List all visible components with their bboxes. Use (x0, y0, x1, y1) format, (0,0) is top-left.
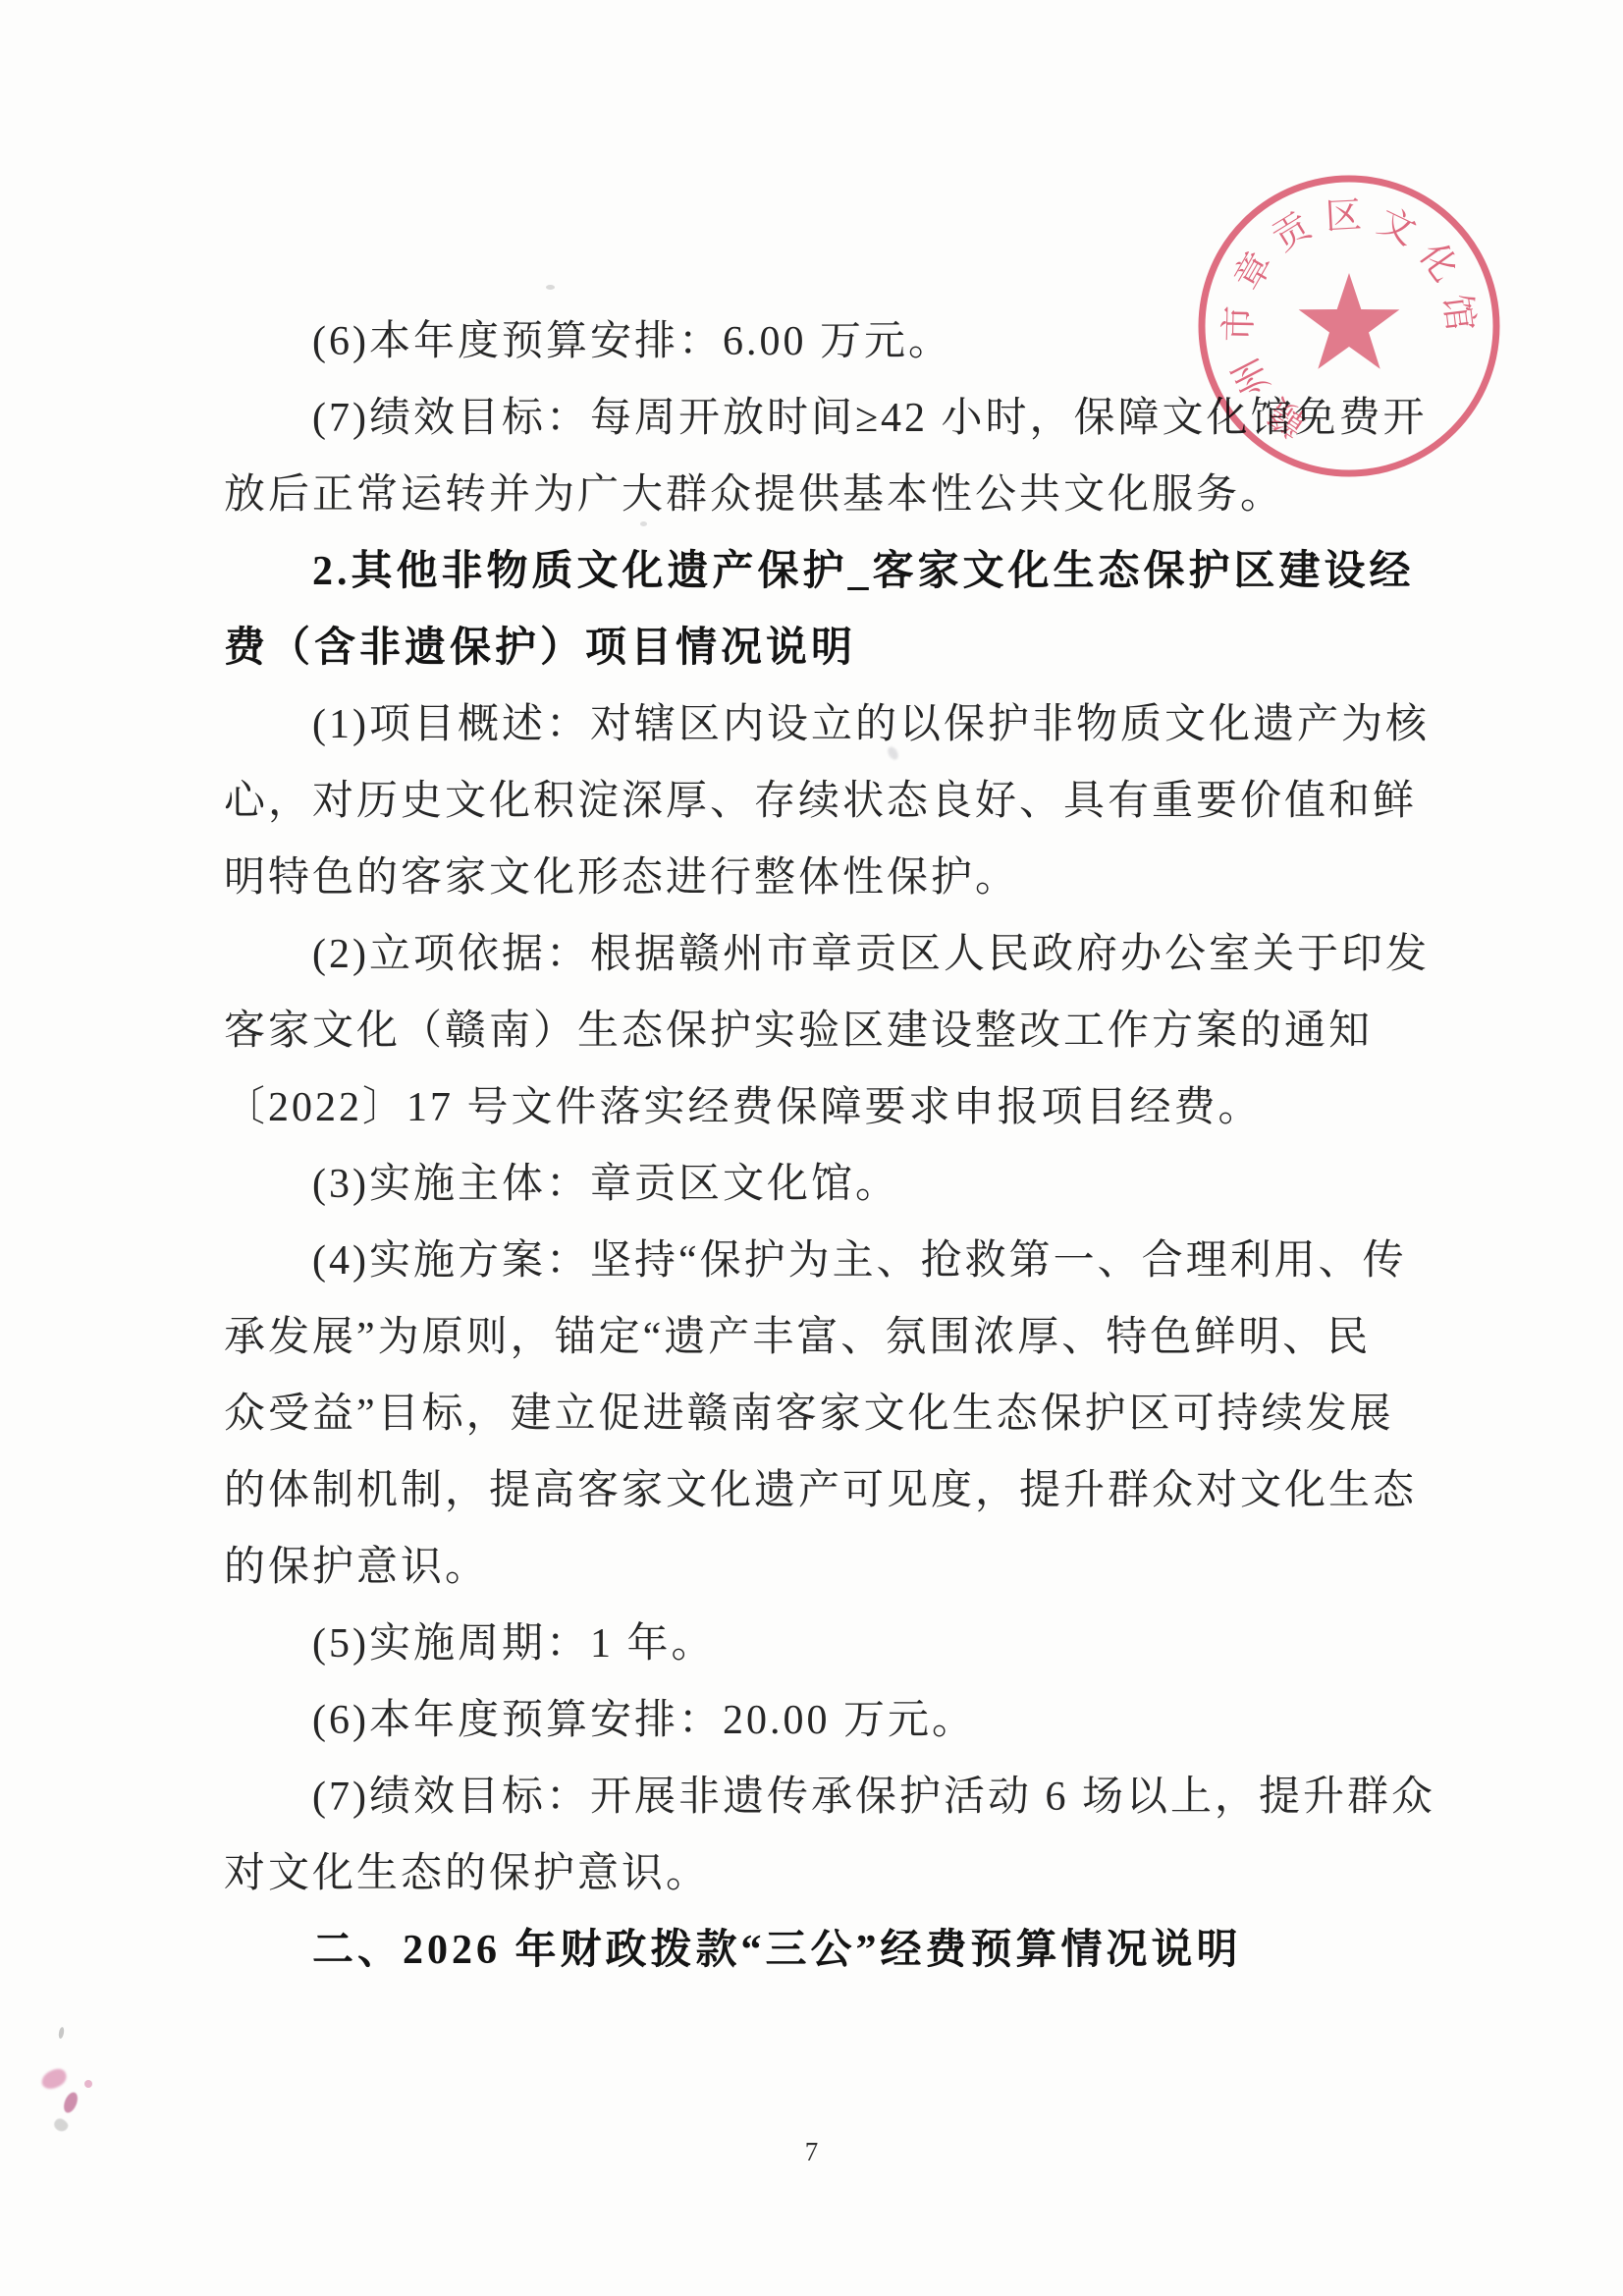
scan-artifact (52, 2116, 70, 2134)
body-line: (1)项目概述：对辖区内设立的以保护非物质文化遗产为核 (224, 686, 1530, 763)
scan-artifact (546, 285, 555, 290)
stamp-text-char: 贡 (1266, 204, 1321, 259)
body-line: (4)实施方案：坚持“保护为主、抢救第一、合理利用、传 (224, 1223, 1530, 1299)
body-line: 明特色的客家文化形态进行整体性保护。 (224, 840, 1530, 916)
heading-line: 费（含非遗保护）项目情况说明 (224, 610, 1530, 686)
body-line: 承发展”为原则，锚定“遗产丰富、氛围浓厚、特色鲜明、民 (224, 1299, 1530, 1376)
heading-line: 2.其他非物质文化遗产保护_客家文化生态保护区建设经 (224, 533, 1530, 610)
scan-artifact (61, 2091, 80, 2115)
heading-line: 二、2026 年财政拨款“三公”经费预算情况说明 (224, 1912, 1530, 1989)
stamp-text-char: 化 (1411, 236, 1465, 289)
scan-artifact (58, 2027, 65, 2040)
document-body: (6)本年度预算安排：6.00 万元。(7)绩效目标：每周开放时间≥42 小时，… (224, 303, 1530, 1989)
body-line: 心，对历史文化积淀深厚、存续状态良好、具有重要价值和鲜 (224, 763, 1530, 840)
body-line: 的体制机制，提高客家文化遗产可见度，提升群众对文化生态 (224, 1452, 1530, 1529)
stamp-text-char: 文 (1372, 201, 1422, 253)
body-line: 众受益”目标，建立促进赣南客家文化生态保护区可持续发展 (224, 1376, 1530, 1452)
body-line: (3)实施主体：章贡区文化馆。 (224, 1146, 1530, 1223)
body-line: (7)绩效目标：每周开放时间≥42 小时，保障文化馆免费开 (224, 380, 1530, 457)
stamp-text-char: 章 (1226, 246, 1280, 298)
body-line: (7)绩效目标：开展非遗传承保护活动 6 场以上，提升群众 (224, 1759, 1530, 1835)
body-line: (5)实施周期：1 年。 (224, 1606, 1530, 1682)
body-line: 客家文化（赣南）生态保护实验区建设整改工作方案的通知 (224, 993, 1530, 1069)
body-line: 放后正常运转并为广大群众提供基本性公共文化服务。 (224, 457, 1530, 533)
document-page: (6)本年度预算安排：6.00 万元。(7)绩效目标：每周开放时间≥42 小时，… (0, 0, 1623, 2296)
body-line: 〔2022〕17 号文件落实经费保障要求申报项目经费。 (224, 1069, 1530, 1146)
body-line: (2)立项依据：根据赣州市章贡区人民政府办公室关于印发 (224, 916, 1530, 993)
body-line: 对文化生态的保护意识。 (224, 1835, 1530, 1912)
body-line: (6)本年度预算安排：20.00 万元。 (224, 1682, 1530, 1759)
body-line: 的保护意识。 (224, 1529, 1530, 1606)
scan-artifact (84, 2080, 92, 2088)
body-line: (6)本年度预算安排：6.00 万元。 (224, 303, 1530, 380)
scan-artifact (39, 2066, 69, 2091)
page-number: 7 (0, 2137, 1623, 2167)
stamp-text-char: 区 (1325, 195, 1363, 238)
